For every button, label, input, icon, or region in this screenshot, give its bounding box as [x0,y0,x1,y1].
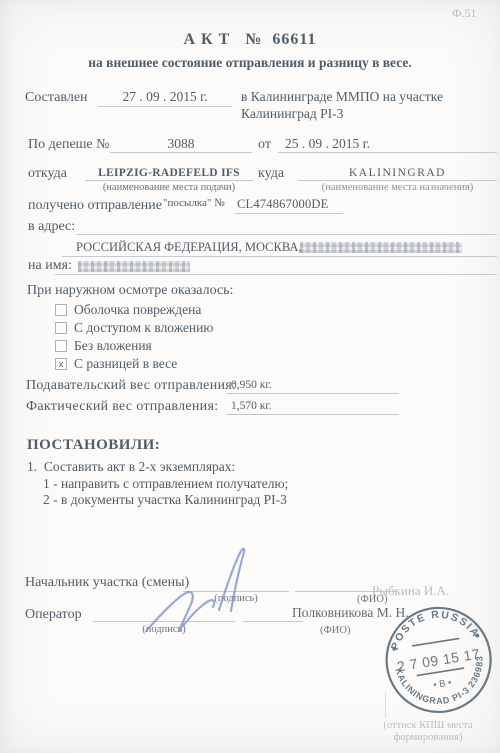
stamp-date: 2 7 09 15 17 [396,645,481,674]
composed-place-line2: Калининград PI-3 [241,106,456,123]
document-page: Ф.51 А К Т № 66611 на внешнее состояние … [0,0,500,753]
address-label: в адрес: [28,219,75,235]
address-underline-1 [76,234,497,235]
origin-label: откуда [28,166,67,182]
origin-value: LEIPZIG-RADEFELD IFS [85,167,253,179]
dispatch-number: 3088 [110,136,252,152]
inspection-heading: При наружном осмотре оказалось: [27,283,233,299]
addressee-redaction [78,261,190,272]
operator-fio-caption: (ФИО) [320,625,350,636]
item-type-label: "посылка" № [163,197,225,209]
postal-stamp-icon: POSTE RUSSIA 2 7 09 15 17 • В • KALINING… [358,582,500,743]
resolution-heading: ПОСТАНОВИЛИ: [27,437,160,454]
stamp-box-edge [385,692,386,718]
stamp-letter: • В • [433,677,453,691]
dispatch-label: По депеше № [28,137,110,153]
composed-date: 27 . 09 . 2015 г. [100,89,230,105]
resolution-sub-2: 2 - в документы участка Калининград PI-3 [43,492,287,508]
destination-caption: (наименование места назначения) [298,182,497,193]
declared-weight-underline [227,393,399,394]
checkbox-label-access-to-content: С доступом к вложению [74,320,213,336]
operator-title: Оператор [25,607,82,623]
composed-place: в Калининграде ММПО на участке Калинингр… [241,89,456,122]
destination-underline [298,180,497,181]
checkbox-no-content [55,340,67,352]
checkbox-label-weight-difference: С разницей в весе [74,356,177,372]
address-underline-2 [62,256,497,257]
origin-underline [85,180,253,181]
act-title: А К Т № 66611 [0,31,500,49]
stamp-caption-line2: формирования) [368,732,488,743]
handwritten-signature-icon [130,540,260,640]
composed-label: Составлен [25,90,88,106]
stamp-caption-line1: (оттиск КПШ места [368,720,488,731]
form-code: Ф.51 [452,6,476,21]
tracking-number-underline [235,213,343,214]
address-value: РОССИЙСКАЯ ФЕДЕРАЦИЯ, МОСКВА, [76,240,302,255]
checkbox-label-shell-damaged: Оболочка повреждена [74,302,201,318]
dispatch-date: 25 . 09 . 2015 г. [285,136,370,152]
actual-weight-underline [227,414,399,415]
address-redaction [300,242,462,253]
dispatch-from-label: от [258,137,271,153]
dispatch-number-underline [110,152,252,153]
destination-value: KALININGRAD [298,167,497,179]
checkbox-shell-damaged [55,304,67,316]
addressee-underline [55,274,497,275]
checkbox-weight-difference: x [55,358,67,370]
resolution-item-1: 1. Составить акт в 2-х экземплярах: [27,459,235,475]
composed-date-underline [98,106,232,107]
destination-label: куда [258,166,284,182]
addressee-label: на имя: [28,258,72,274]
resolution-sub-1: 1 - направить с отправлением получателю; [43,476,288,492]
dispatch-date-underline [278,152,497,153]
act-subtitle: на внешнее состояние отправления и разни… [0,55,500,71]
composed-place-line1: в Калининграде ММПО на участке [241,89,456,106]
checkbox-access-to-content [55,322,67,334]
origin-caption: (наименование места подачи) [85,182,253,193]
tracking-number: CL474867000DE [237,197,329,212]
actual-weight-label: Фактический вес отправления: [26,399,218,415]
item-label: получено отправление [28,198,162,214]
declared-weight-value: 0,950 кг. [231,379,272,391]
checkbox-label-no-content: Без вложения [74,338,152,354]
declared-weight-label: Подавательский вес отправления: [26,378,236,394]
actual-weight-value: 1,570 кг. [231,400,272,412]
